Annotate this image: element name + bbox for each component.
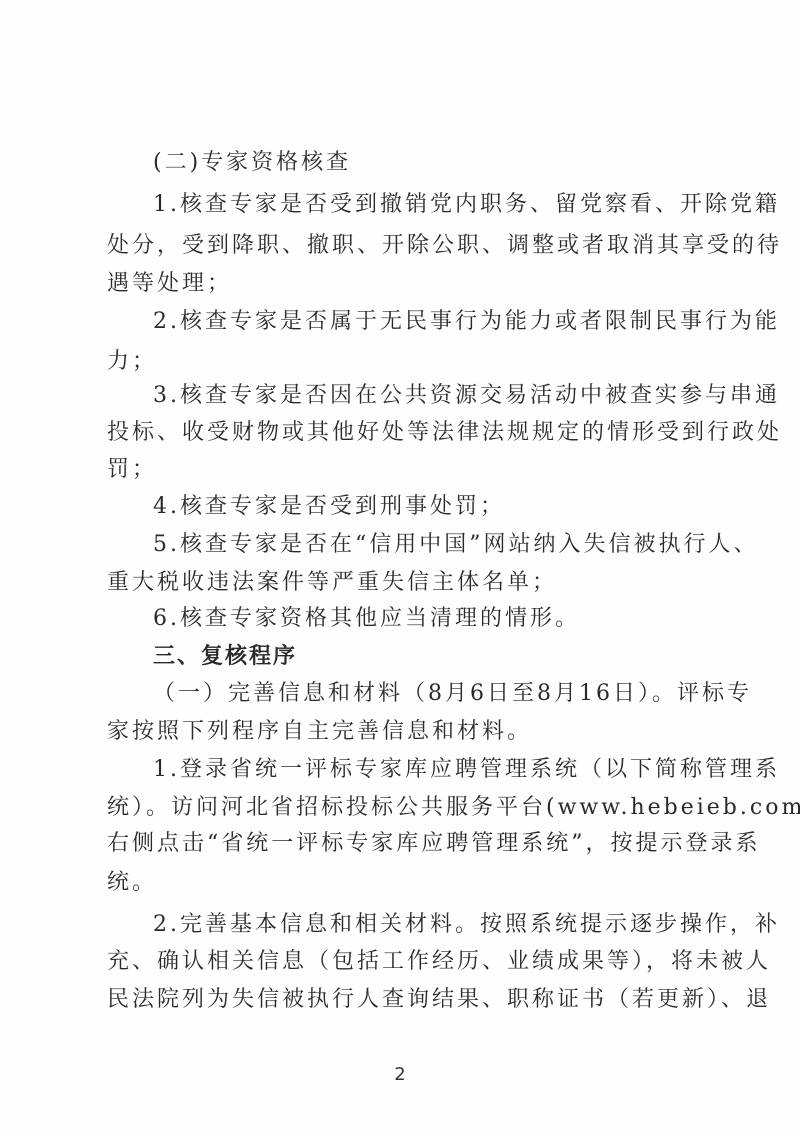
text-line: 投标、收受财物或其他好处等法律法规规定的情形受到行政处	[107, 419, 680, 447]
page-number: 2	[380, 1064, 420, 1085]
text-line: 家按照下列程序自主完善信息和材料。	[107, 718, 680, 746]
text-line: 充、确认相关信息（包括工作经历、业绩成果等），将未被人	[107, 948, 680, 976]
text-line: 4.核查专家是否受到刑事处罚；	[153, 493, 680, 521]
text-line: 遇等处理；	[107, 270, 680, 298]
text-line: 处分，受到降职、撤职、开除公职、调整或者取消其享受的待	[107, 232, 680, 260]
text-line: 统）。访问河北省招标投标公共服务平台(www.hebeieb.com.cn)，	[107, 794, 680, 822]
text-line: 5.核查专家是否在“信用中国”网站纳入失信被执行人、	[153, 531, 680, 559]
text-line: 2.完善基本信息和相关材料。按照系统提示逐步操作，补	[153, 911, 680, 939]
text-line: 右侧点击“省统一评标专家库应聘管理系统”，按提示登录系	[107, 830, 680, 858]
text-line: 1.核查专家是否受到撤销党内职务、留党察看、开除党籍	[153, 191, 680, 219]
text-line: 重大税收违法案件等严重失信主体名单；	[107, 569, 680, 597]
text-line: 罚；	[107, 456, 680, 484]
text-line: (二)专家资格核查	[153, 149, 680, 177]
section-heading: 三、复核程序	[153, 643, 680, 671]
text-line: 3.核查专家是否因在公共资源交易活动中被查实参与串通	[153, 382, 680, 410]
text-line: 力；	[107, 348, 680, 376]
text-line: 1.登录省统一评标专家库应聘管理系统（以下简称管理系	[153, 756, 680, 784]
text-line: 民法院列为失信被执行人查询结果、职称证书（若更新）、退	[107, 986, 680, 1014]
text-line: 2.核查专家是否属于无民事行为能力或者限制民事行为能	[153, 308, 680, 336]
document-page: (二)专家资格核查1.核查专家是否受到撤销党内职务、留党察看、开除党籍处分，受到…	[0, 0, 800, 1132]
text-line: 统。	[107, 869, 680, 897]
text-line: （一）完善信息和材料（8月6日至8月16日）。评标专	[153, 680, 680, 708]
text-line: 6.核查专家资格其他应当清理的情形。	[153, 605, 680, 633]
